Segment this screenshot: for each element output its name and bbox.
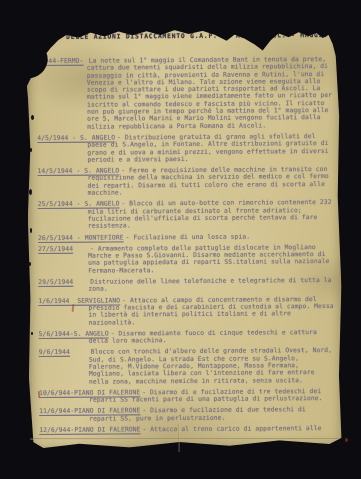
diary-entry: 1/6/1944 SERVIGLIANO- Attacco al campo d…: [38, 296, 334, 327]
entry-text: - Fermo e requisizione delle macchine in…: [88, 166, 329, 197]
entry-text: - Attacco al treno carico di appartenent…: [142, 425, 321, 433]
entry-text: La notte sul 1° maggio il Comandante Ban…: [87, 56, 332, 130]
diary-entry: 29/5/1944Distruzione delle linee telefon…: [38, 277, 334, 294]
entry-text: - Armamento completo delle pattuglie dis…: [88, 244, 329, 274]
paper-speck: [31, 332, 33, 335]
diary-entry: 5/6/1944-S. ANGELO- Disarmo mediante fuo…: [39, 329, 335, 346]
diary-entry: 25/5/1944 - S. ANGELO- Blocco di un auto…: [38, 199, 334, 230]
diary-entry: 4/5/1944 - S. ANGELO- Distribuzione grat…: [37, 133, 333, 164]
diary-entry: 11/6/944-PIANO DI FALERONE- Disarmo e fu…: [39, 406, 335, 423]
pen-mark: [345, 438, 348, 442]
entry-date: 12/6/944-PIANO DI FALERONE: [39, 426, 140, 434]
entry-text: Blocco con tronchi d'albero delle grande…: [89, 347, 332, 385]
diary-entry: 12/6/944-PIANO DI FALERONE- Attacco al t…: [39, 425, 335, 434]
entry-text: - Distribuzione gratuita di grano agli s…: [87, 133, 328, 163]
entry-date: 29/5/1944: [38, 279, 88, 287]
diary-entry: 26/5/1944 - MONTEFIORE- Fucilazione di u…: [38, 232, 334, 241]
diary-entry: 14/5/1944 - S. ANGELO- Fermo e requisizi…: [37, 166, 333, 197]
entry-text: - Fucilazione di una losca spia.: [126, 233, 251, 241]
diary-entry: /1944-FERMO-La notte sul 1° maggio il Co…: [37, 56, 334, 131]
paper-speck: [30, 148, 32, 152]
paper-speck: [29, 189, 32, 195]
entry-text: - Blocco di un auto-botte con rimorchio …: [88, 199, 332, 230]
paper-speck: [28, 262, 31, 266]
entry-text: Distruzione delle linee telefoniche e te…: [88, 277, 331, 293]
diary-entry: 27/5/1944- Armamento completo delle patt…: [38, 244, 334, 275]
paper-speck: [31, 115, 34, 120]
diary-entries: /1944-FERMO-La notte sul 1° maggio il Co…: [37, 56, 336, 438]
entry-text: - Disarmo mediante fuoco di cinque tedes…: [89, 329, 317, 345]
entry-date: 26/5/1944 - MONTEFIORE: [38, 234, 124, 242]
photo-background: IARIO DELLE AZIONI DISTACCAMENTO G.A.P. …: [0, 0, 361, 479]
crease-line: [30, 438, 338, 440]
paper-speck: [30, 228, 32, 233]
crease-line: [178, 424, 180, 452]
diary-entry: 10/6/944-PIANO DI FALERONE- Disarmo di e…: [39, 388, 335, 405]
entry-text: - Attacco al campo di concentramento e d…: [88, 296, 333, 326]
entry-date: 25/5/1944 - S. ANGELO: [38, 201, 120, 209]
document-page: IARIO DELLE AZIONI DISTACCAMENTO G.A.P. …: [27, 26, 344, 453]
entry-date: 27/5/1944: [38, 246, 88, 254]
diary-entry: 9/6/1944Blocco con tronchi d'albero dell…: [39, 347, 335, 386]
entry-date: 9/6/1944: [39, 349, 89, 357]
document-title: IARIO DELLE AZIONI DISTACCAMENTO G.A.P. …: [39, 32, 335, 41]
